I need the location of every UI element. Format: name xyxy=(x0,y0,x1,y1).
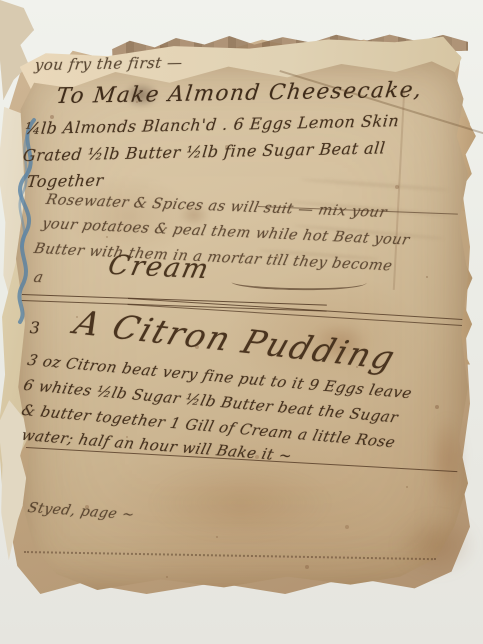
top-fragment-text: you fry the first — xyxy=(34,53,184,74)
emphasis-word-cream: Cream xyxy=(105,250,213,285)
paper-stain xyxy=(150,468,330,538)
paper-stain xyxy=(428,415,466,505)
paper-stain xyxy=(396,515,476,575)
manuscript-photograph: you fry the first — To Make Almond Chees… xyxy=(0,0,483,644)
recipe-line: Together xyxy=(26,171,105,191)
foxing-speckles xyxy=(16,56,18,58)
margin-number: 3 xyxy=(29,318,40,337)
